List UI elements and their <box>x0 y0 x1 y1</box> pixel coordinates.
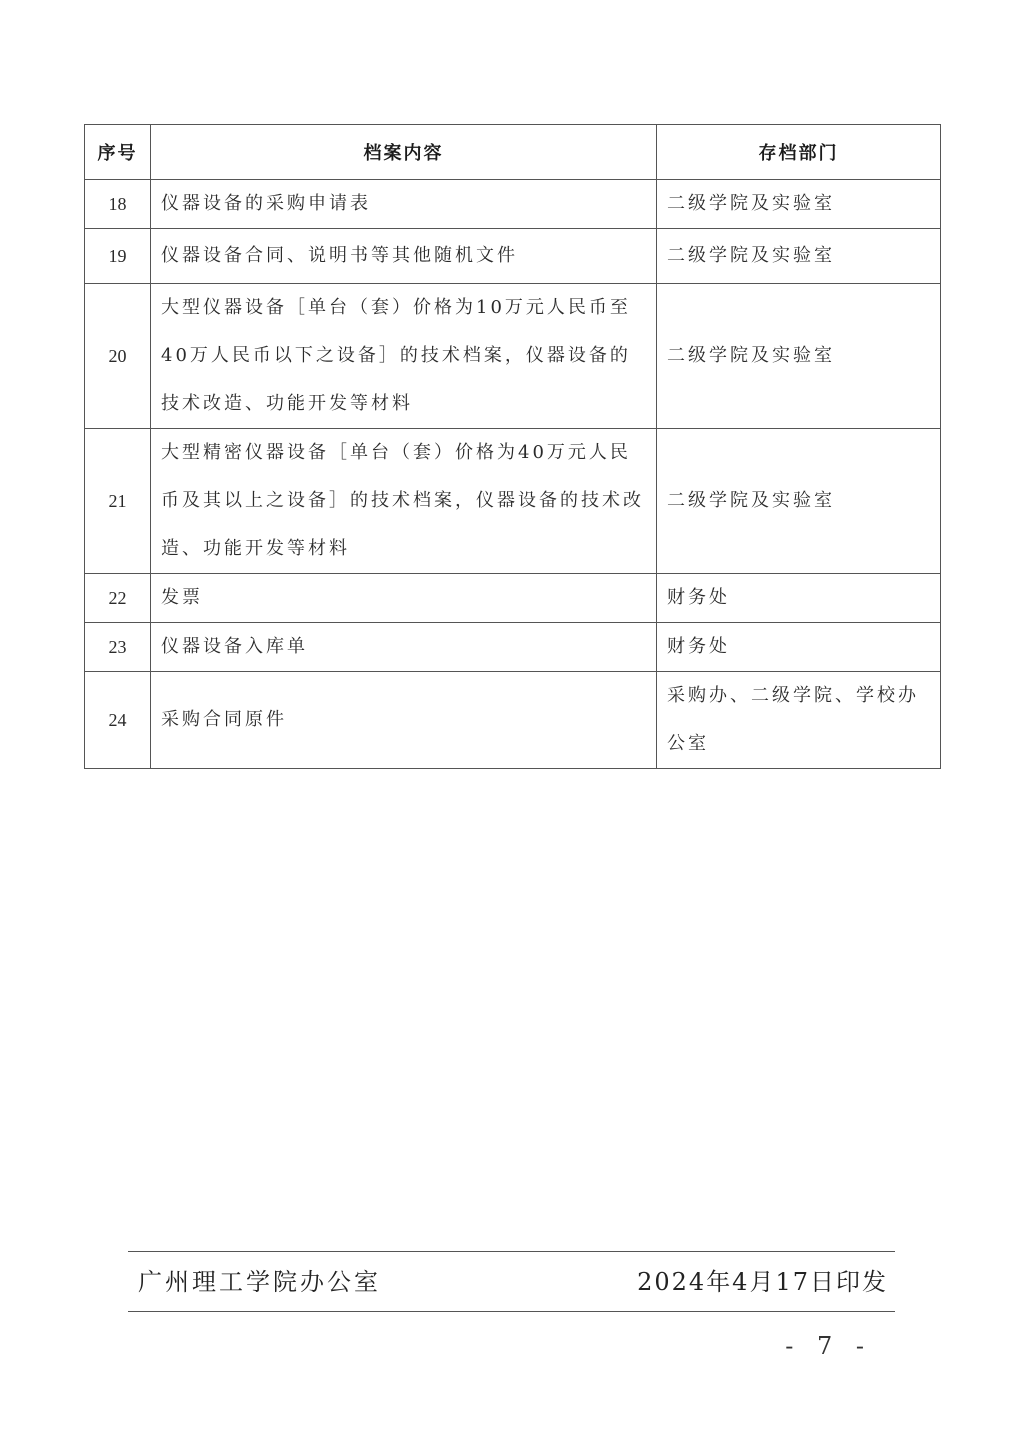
header-archive-content: 档案内容 <box>151 125 657 180</box>
table-row: 22 发票 财务处 <box>85 574 941 623</box>
row-department: 二级学院及实验室 <box>657 180 941 229</box>
table-row: 20 大型仪器设备［单台（套）价格为10万元人民币至40万人民币以下之设备］的技… <box>85 284 941 429</box>
table-header-row: 序号 档案内容 存档部门 <box>85 125 941 180</box>
row-serial-no: 19 <box>85 229 151 284</box>
table-row: 24 采购合同原件 采购办、二级学院、学校办公室 <box>85 672 941 769</box>
row-serial-no: 24 <box>85 672 151 769</box>
row-content: 大型精密仪器设备［单台（套）价格为40万元人民币及其以上之设备］的技术档案，仪器… <box>151 429 657 574</box>
row-content: 发票 <box>151 574 657 623</box>
row-content: 仪器设备入库单 <box>151 623 657 672</box>
header-serial-no: 序号 <box>85 125 151 180</box>
page-number: - 7 - <box>785 1332 872 1360</box>
footer-issue-date: 2024年4月17日印发 <box>637 1262 888 1297</box>
row-serial-no: 22 <box>85 574 151 623</box>
row-content: 仪器设备合同、说明书等其他随机文件 <box>151 229 657 284</box>
archive-table: 序号 档案内容 存档部门 18 仪器设备的采购申请表 二级学院及实验室 19 仪… <box>84 124 941 769</box>
row-serial-no: 23 <box>85 623 151 672</box>
footer-top-rule <box>128 1251 895 1252</box>
footer-bottom-rule <box>128 1311 895 1312</box>
row-department: 二级学院及实验室 <box>657 429 941 574</box>
row-serial-no: 18 <box>85 180 151 229</box>
header-archive-department: 存档部门 <box>657 125 941 180</box>
row-serial-no: 20 <box>85 284 151 429</box>
row-department: 采购办、二级学院、学校办公室 <box>657 672 941 769</box>
row-department: 财务处 <box>657 574 941 623</box>
row-content: 仪器设备的采购申请表 <box>151 180 657 229</box>
table-row: 21 大型精密仪器设备［单台（套）价格为40万元人民币及其以上之设备］的技术档案… <box>85 429 941 574</box>
row-serial-no: 21 <box>85 429 151 574</box>
table-row: 18 仪器设备的采购申请表 二级学院及实验室 <box>85 180 941 229</box>
row-department: 二级学院及实验室 <box>657 229 941 284</box>
footer-issuer: 广州理工学院办公室 <box>138 1262 381 1297</box>
table-row: 19 仪器设备合同、说明书等其他随机文件 二级学院及实验室 <box>85 229 941 284</box>
row-department: 二级学院及实验室 <box>657 284 941 429</box>
row-content: 大型仪器设备［单台（套）价格为10万元人民币至40万人民币以下之设备］的技术档案… <box>151 284 657 429</box>
table-row: 23 仪器设备入库单 财务处 <box>85 623 941 672</box>
row-content: 采购合同原件 <box>151 672 657 769</box>
row-department: 财务处 <box>657 623 941 672</box>
